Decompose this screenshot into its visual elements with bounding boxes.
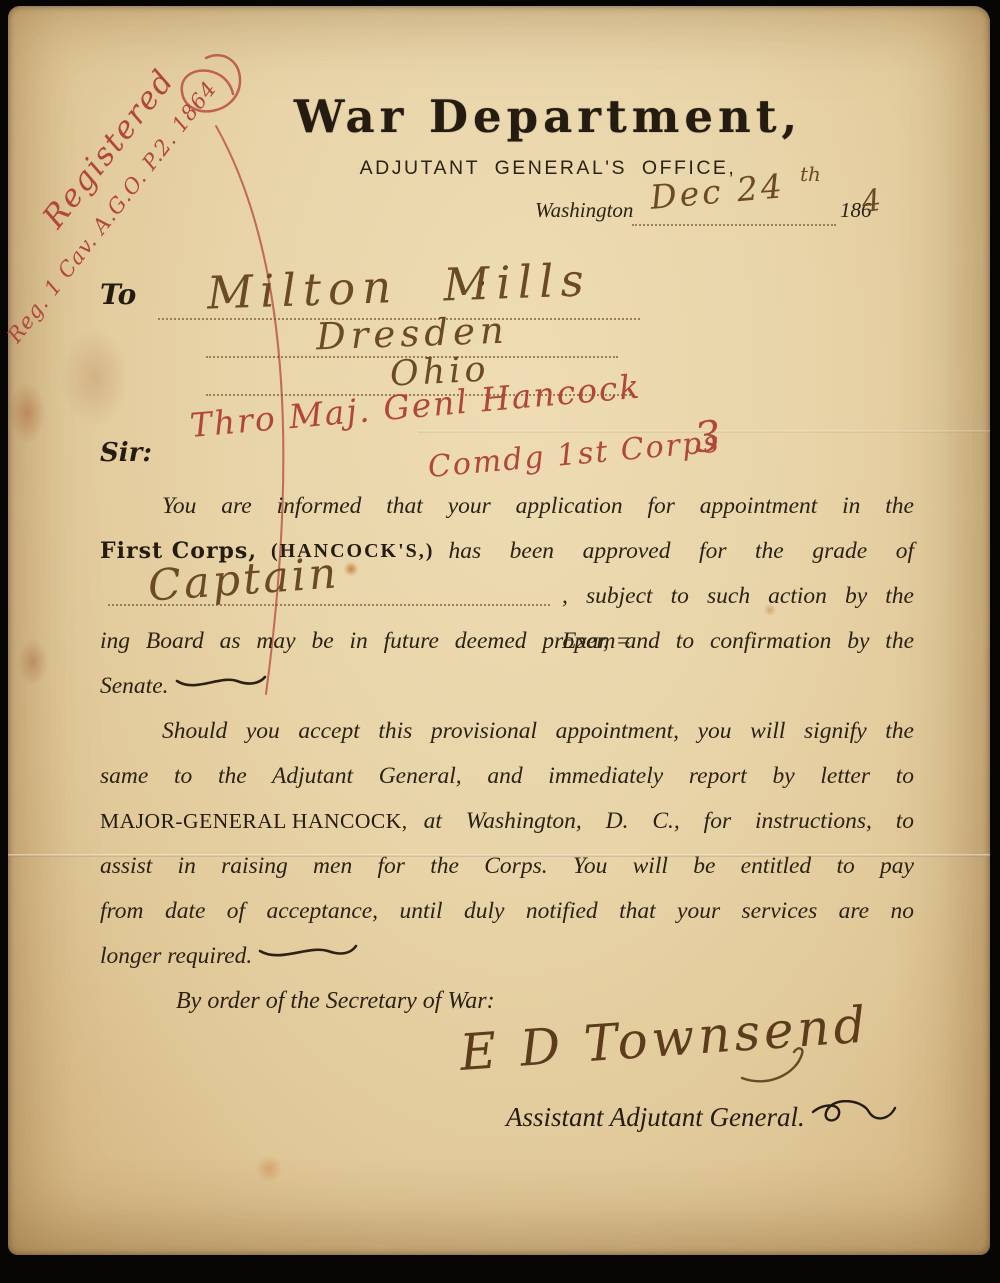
date-suffix-handwritten: th (800, 162, 821, 186)
routing-note-line2: Comdg 1st Corps (426, 424, 721, 484)
office-subtitle: ADJUTANT GENERAL'S OFFICE, (108, 157, 988, 180)
para2-line3: MAJOR-GENERAL HANCOCK, at Washington, D.… (100, 799, 914, 844)
stain (8, 382, 46, 444)
para2-line1: Should you accept this provisional appoi… (100, 709, 914, 754)
para2-line5: from date of acceptance, until duly noti… (100, 889, 914, 934)
addressee-name-handwritten: Milton Mills (206, 253, 591, 319)
stain (18, 638, 48, 686)
para2-line6: longer required. (100, 934, 914, 979)
signature-title: Assistant Adjutant General. (506, 1100, 897, 1133)
para1-line3: Captain , subject to such action by the … (100, 574, 914, 619)
place-label: Washington (535, 198, 633, 223)
stain (60, 328, 130, 428)
major-general-hancock-label: MAJOR-GENERAL HANCOCK, (100, 799, 408, 844)
grade-handwritten: Captain (147, 551, 341, 609)
swash-flourish-icon (258, 943, 358, 963)
longer-required-words: longer required. (100, 943, 252, 969)
senate-word: Senate. (100, 673, 169, 699)
swash-flourish-icon (811, 1100, 897, 1126)
page-title: War Department, (108, 90, 988, 143)
letterhead: War Department, ADJUTANT GENERAL'S OFFIC… (108, 6, 988, 180)
letter-paper: Registered Reg. 1 Cav. A.G.O. P.2. 1864 … (8, 6, 990, 1255)
scanned-letter-page: Registered Reg. 1 Cav. A.G.O. P.2. 1864 … (0, 0, 1000, 1283)
signature-title-text: Assistant Adjutant General. (506, 1102, 805, 1132)
para1-line2-rest: has been approved for the grade of (448, 529, 914, 574)
swash-flourish-icon (175, 673, 267, 693)
routing-note-number: 3 (692, 411, 724, 463)
para1-line1: You are informed that your application f… (100, 484, 914, 529)
stain (256, 1156, 282, 1182)
salutation: Sir: (100, 438, 152, 468)
para1-line3-rest: , subject to such action by the Exam= (562, 574, 914, 664)
year-handwritten: 4 (860, 183, 884, 220)
letter-body: You are informed that your application f… (100, 484, 914, 1024)
to-label: To (100, 278, 136, 311)
para2-line4: assist in raising men for the Corps. You… (100, 844, 914, 889)
para2-line2: same to the Adjutant General, and immedi… (100, 754, 914, 799)
signature-flourish-icon (738, 1044, 808, 1090)
para2-line3-rest: at Washington, D. C., for instructions, … (424, 799, 914, 844)
para1-line5: Senate. (100, 664, 914, 709)
